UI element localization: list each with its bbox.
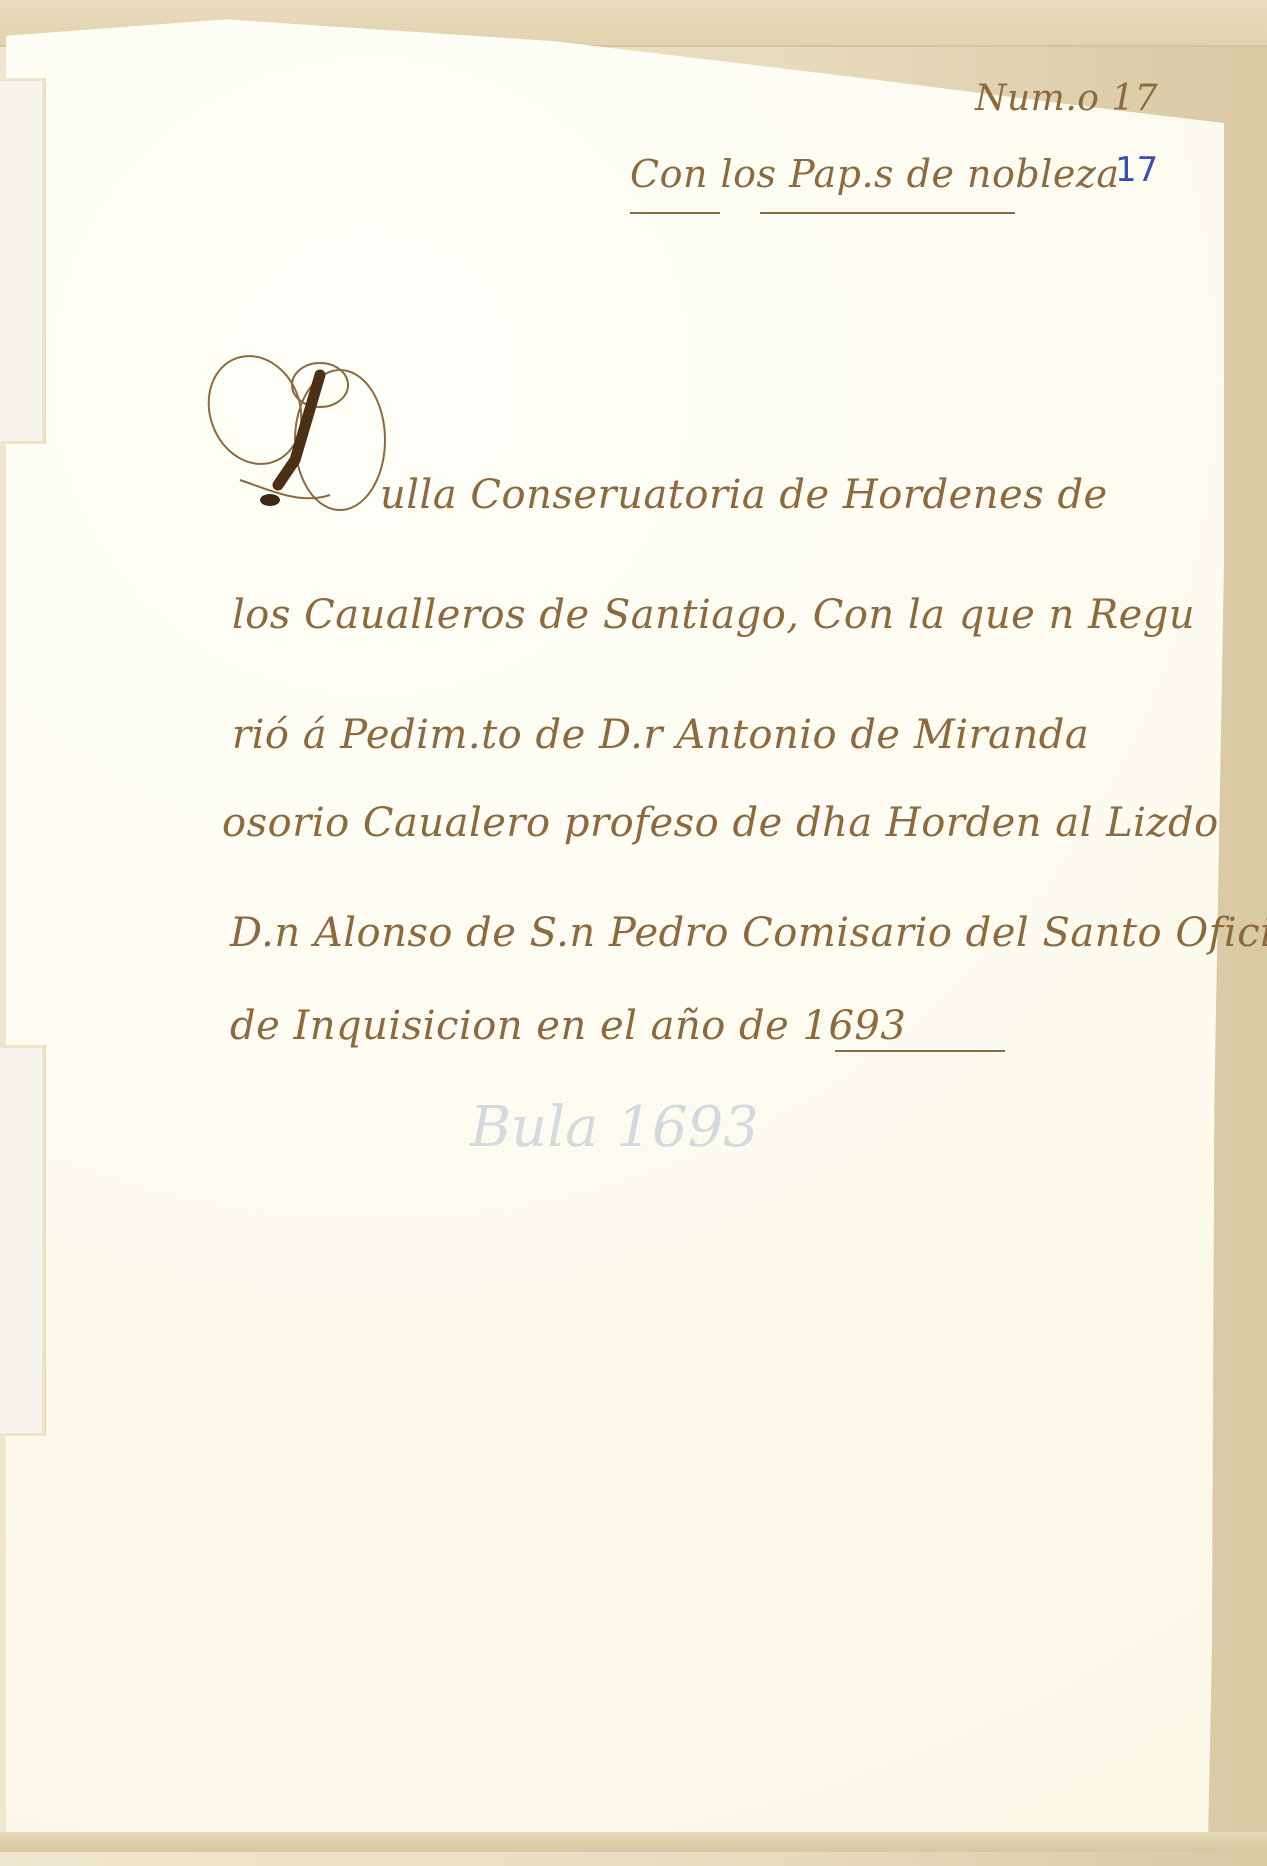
subtitle-underline-right xyxy=(760,212,1015,214)
year-underline xyxy=(835,1050,1005,1052)
number-label: Num.o 17 xyxy=(975,78,1158,119)
text-line-6: de Inquisicion en el año de 1693 xyxy=(230,1003,906,1049)
text-line-2: los Caualleros de Santiago, Con la que n… xyxy=(232,592,1195,638)
folio-number: 17 xyxy=(1115,150,1158,190)
text-line-1: ulla Conseruatoria de Hordenes de xyxy=(380,472,1108,518)
binding-strip-bottom xyxy=(0,1045,45,1436)
bottom-page-edge xyxy=(0,1832,1267,1852)
binding-strip-top xyxy=(0,78,45,444)
text-line-3: rió á Pedim.to de D.r Antonio de Miranda xyxy=(232,712,1089,758)
pencil-note: Bula 1693 xyxy=(470,1095,759,1160)
text-line-4: osorio Caualero profeso de dha Horden al… xyxy=(222,800,1219,846)
subtitle-underline-left xyxy=(630,212,720,214)
decorated-initial-flourish-icon xyxy=(200,350,390,515)
subtitle: Con los Pap.s de nobleza xyxy=(630,152,1120,196)
text-line-5: D.n Alonso de S.n Pedro Comisario del Sa… xyxy=(230,910,1267,956)
